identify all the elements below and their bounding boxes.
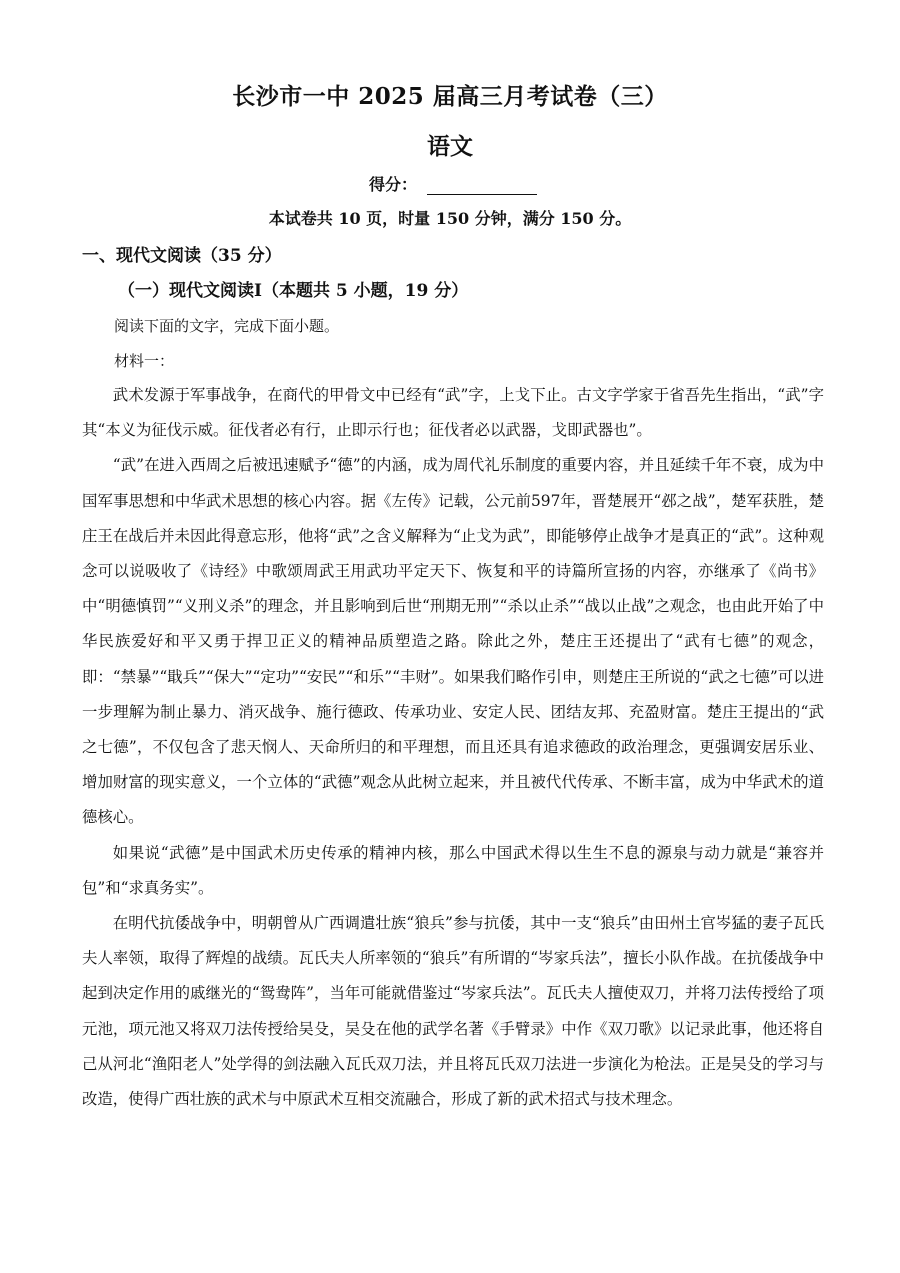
score-field: 得分： [369, 172, 537, 195]
passage-paragraph: “武”在进入西周之后被迅速赋予“德”的内涵，成为周代礼乐制度的重要内容，并且延续… [82, 448, 824, 835]
subject-title: 语文 [0, 128, 900, 161]
material-label: 材料一： [114, 350, 174, 371]
exam-title: 长沙市一中 2025 届高三月考试卷（三） [0, 78, 900, 111]
reading-instruction: 阅读下面的文字，完成下面小题。 [114, 315, 339, 336]
passage-body: 武术发源于军事战争，在商代的甲骨文中已经有“武”字，上戈下止。古文字学家于省吾先… [82, 378, 824, 1117]
passage-paragraph: 武术发源于军事战争，在商代的甲骨文中已经有“武”字，上戈下止。古文字学家于省吾先… [82, 378, 824, 448]
exam-page: 长沙市一中 2025 届高三月考试卷（三） 语文 得分： 本试卷共 10 页，时… [0, 0, 900, 1273]
subsection-heading: （一）现代文阅读Ⅰ（本题共 5 小题，19 分） [118, 276, 468, 301]
passage-paragraph: 如果说“武德”是中国武术历史传承的精神内核，那么中国武术得以生生不息的源泉与动力… [82, 836, 824, 906]
section-heading: 一、现代文阅读（35 分） [82, 241, 282, 266]
score-blank-line [427, 178, 537, 195]
score-label: 得分： [369, 172, 417, 195]
exam-info: 本试卷共 10 页，时量 150 分钟，满分 150 分。 [0, 206, 900, 229]
passage-paragraph: 在明代抗倭战争中，明朝曾从广西调遣壮族“狼兵”参与抗倭，其中一支“狼兵”由田州土… [82, 906, 824, 1117]
